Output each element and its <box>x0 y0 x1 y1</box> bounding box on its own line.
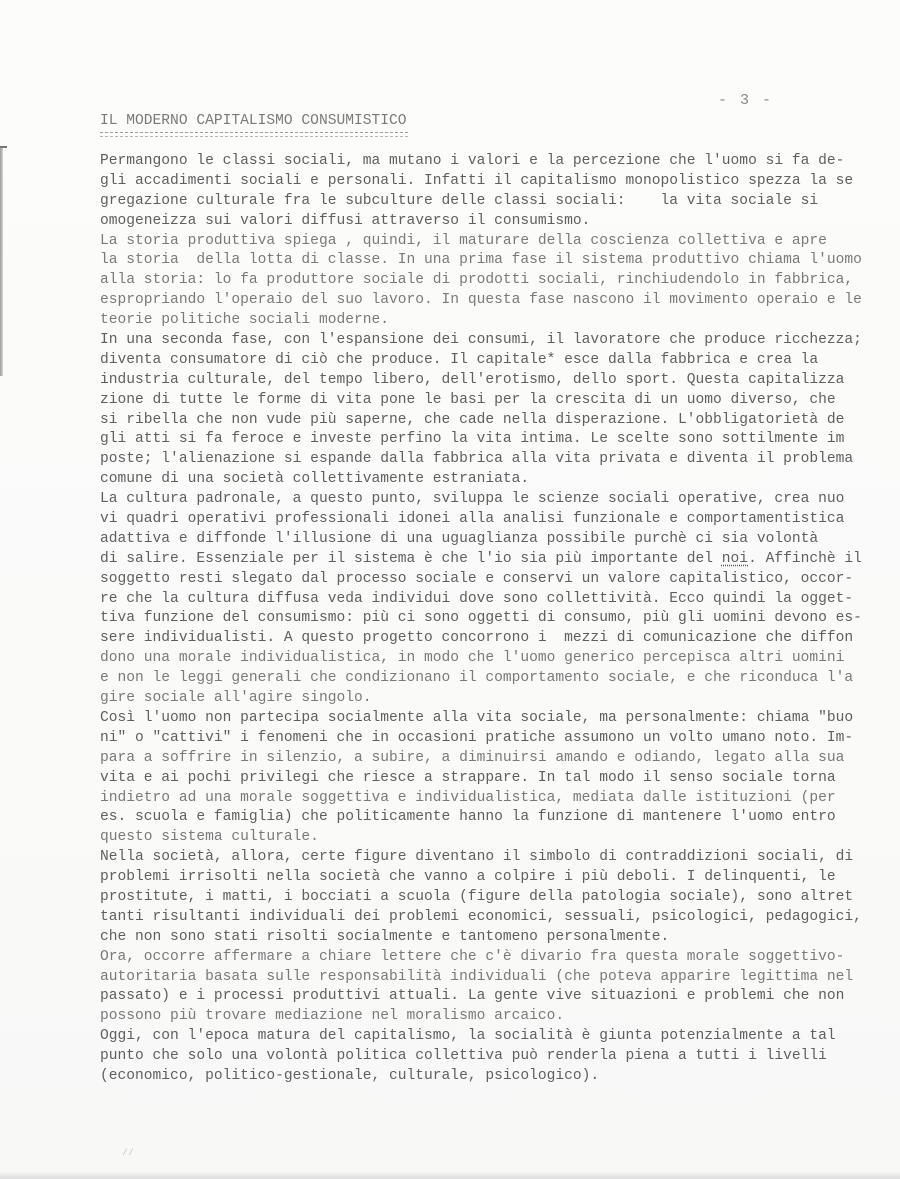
text-line: espropriando l'operaio del suo lavoro. I… <box>100 291 880 311</box>
scan-edge-mark <box>0 146 7 148</box>
text-line: alla storia: lo fa produttore sociale di… <box>100 271 880 291</box>
text-line: poste; l'alienazione si espande dalla fa… <box>100 450 880 470</box>
text-line: gli atti si fa feroce e investe perfino … <box>100 430 880 450</box>
text-line: di salire. Essenziale per il sistema è c… <box>100 551 862 567</box>
document-body: Permangono le classi sociali, ma mutano … <box>100 152 880 1087</box>
page-number: - 3 - <box>718 92 773 109</box>
text-line: re che la cultura diffusa veda individui… <box>100 590 880 610</box>
text-line: gire sociale all'agire singolo. <box>100 689 880 709</box>
text-line: che non sono stati risolti socialmente e… <box>100 928 880 948</box>
text-line: Nella società, allora, certe figure dive… <box>100 848 880 868</box>
text-line: industria culturale, del tempo libero, d… <box>100 371 880 391</box>
document-title: IL MODERNO CAPITALISMO CONSUMISTICO <box>100 113 407 129</box>
text-line: prostitute, i matti, i bocciati a scuola… <box>100 888 880 908</box>
text-line: Ora, occorre affermare a chiare lettere … <box>100 948 880 968</box>
text-line-with-underline: di salire. Essenziale per il sistema è c… <box>100 550 880 570</box>
underlined-word: noi <box>722 551 748 567</box>
text-line: La storia produttiva spiega , quindi, il… <box>100 232 880 252</box>
text-line: si ribella che non vude più saperne, che… <box>100 411 880 431</box>
text-line: vita e ai pochi privilegi che riesce a s… <box>100 769 880 789</box>
text-line: diventa consumatore di ciò che produce. … <box>100 351 880 371</box>
text-line: Così l'uomo non partecipa socialmente al… <box>100 709 880 729</box>
text-line: es. scuola e famiglia) che politicamente… <box>100 808 880 828</box>
text-line: Oggi, con l'epoca matura del capitalismo… <box>100 1027 880 1047</box>
text-line: zione di tutte le forme di vita pone le … <box>100 391 880 411</box>
text-line: Permangono le classi sociali, ma mutano … <box>100 152 880 172</box>
text-line: soggetto resti slegato dal processo soci… <box>100 570 880 590</box>
text-line: passato) e i processi produttivi attuali… <box>100 987 880 1007</box>
text-line: punto che solo una volontà politica coll… <box>100 1047 880 1067</box>
text-line: la storia della lotta di classe. In una … <box>100 251 880 271</box>
text-line: La cultura padronale, a questo punto, sv… <box>100 490 880 510</box>
scan-left-edge-shadow <box>0 146 3 376</box>
text-line: (economico, politico-gestionale, cultura… <box>100 1067 880 1087</box>
text-line: tiva funzione del consumismo: più ci son… <box>100 609 880 629</box>
scan-bottom-shadow <box>0 1171 900 1179</box>
text-line: adattiva e diffonde l'illusione di una u… <box>100 530 880 550</box>
text-line: ni" o "cattivi" i fenomeni che in occasi… <box>100 729 880 749</box>
text-line: indietro ad una morale soggettiva e indi… <box>100 789 880 809</box>
text-line: e non le leggi generali che condizionano… <box>100 669 880 689</box>
text-line: vi quadri operativi professionali idonei… <box>100 510 880 530</box>
text-line: teorie politiche sociali moderne. <box>100 311 880 331</box>
text-line: autoritaria basata sulle responsabilità … <box>100 968 880 988</box>
text-line: possono più trovare mediazione nel moral… <box>100 1007 880 1027</box>
text-line: questo sistema culturale. <box>100 828 880 848</box>
text-line: comune di una società collettivamente es… <box>100 470 880 490</box>
text-line: para a soffrire in silenzio, a subire, a… <box>100 749 880 769</box>
text-line: problemi irrisolti nella società che van… <box>100 868 880 888</box>
ink-smudge-mark: ⁄⁄ <box>122 1148 136 1154</box>
text-line: omogeneizza sui valori diffusi attravers… <box>100 212 880 232</box>
text-line: dono una morale individualistica, in mod… <box>100 649 880 669</box>
text-line: gregazione culturale fra le subculture d… <box>100 192 880 212</box>
text-line: sere individualisti. A questo progetto c… <box>100 629 880 649</box>
title-underline <box>100 132 408 137</box>
text-line: In una seconda fase, con l'espansione de… <box>100 331 880 351</box>
document-page: - 3 - IL MODERNO CAPITALISMO CONSUMISTIC… <box>0 0 900 1179</box>
text-line: gli accadimenti sociali e personali. Inf… <box>100 172 880 192</box>
text-line: tanti risultanti individuali dei problem… <box>100 908 880 928</box>
